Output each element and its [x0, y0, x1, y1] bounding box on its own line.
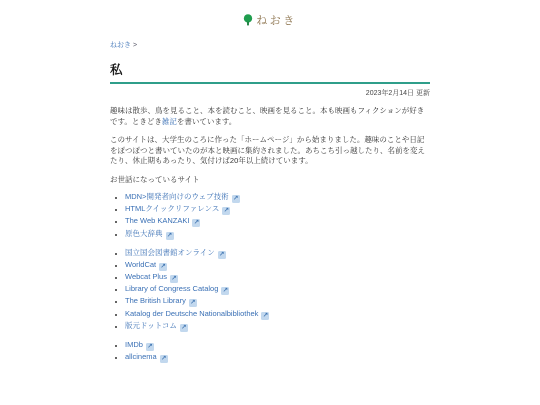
- external-site-link[interactable]: The Web KANZAKI↗: [125, 216, 200, 225]
- link-label: Library of Congress Catalog: [125, 284, 218, 293]
- external-link-icon: ↗: [222, 207, 230, 215]
- link-label: The British Library: [125, 296, 186, 305]
- list-item: IMDb↗: [125, 341, 430, 351]
- list-item: allcinema↗: [125, 353, 430, 363]
- list-item: 原色大辞典↗: [125, 230, 430, 240]
- tree-icon: [243, 14, 253, 26]
- external-site-link[interactable]: Katalog der Deutsche Nationalbibliothek↗: [125, 309, 269, 318]
- history-paragraph: このサイトは、大学生のころに作った「ホームページ」から始まりました。趣味のことや…: [110, 135, 430, 167]
- list-item: Library of Congress Catalog↗: [125, 285, 430, 295]
- external-link-icon: ↗: [180, 324, 188, 332]
- page-title: 私: [110, 60, 430, 84]
- breadcrumb: ねおき>: [110, 40, 430, 50]
- link-label: MDN>開発者向けのウェブ技術: [125, 192, 229, 201]
- external-link-icon: ↗: [159, 263, 167, 271]
- external-link-icon: ↗: [170, 275, 178, 283]
- external-link-icon: ↗: [146, 343, 154, 351]
- list-item: 国立国会図書館オンライン↗: [125, 249, 430, 259]
- link-label: Webcat Plus: [125, 272, 167, 281]
- external-link-icon: ↗: [218, 251, 226, 259]
- external-site-link[interactable]: HTMLクイックリファレンス↗: [125, 204, 230, 213]
- link-label: WorldCat: [125, 260, 156, 269]
- breadcrumb-home-link[interactable]: ねおき: [110, 42, 131, 49]
- link-list-libraries: 国立国会図書館オンライン↗ WorldCat↗ Webcat Plus↗ Lib…: [110, 249, 430, 332]
- list-item: Katalog der Deutsche Nationalbibliothek↗: [125, 310, 430, 320]
- link-label: 原色大辞典: [125, 229, 163, 238]
- external-link-icon: ↗: [192, 219, 200, 227]
- link-label: IMDb: [125, 340, 143, 349]
- intro-text-after: を書いています。: [177, 117, 236, 126]
- external-site-link[interactable]: MDN>開発者向けのウェブ技術↗: [125, 192, 240, 201]
- external-link-icon: ↗: [261, 312, 269, 320]
- zakki-link[interactable]: 雑記: [162, 117, 177, 126]
- list-item: HTMLクイックリファレンス↗: [125, 205, 430, 215]
- external-link-icon: ↗: [166, 232, 174, 240]
- external-site-link[interactable]: 国立国会図書館オンライン↗: [125, 248, 226, 257]
- list-item: 版元ドットコム↗: [125, 322, 430, 332]
- updated-date: 2023年2月14日 更新: [110, 88, 430, 98]
- site-title-link[interactable]: ねおき: [243, 12, 297, 28]
- external-site-link[interactable]: The British Library↗: [125, 296, 197, 305]
- list-item: The Web KANZAKI↗: [125, 217, 430, 227]
- external-site-link[interactable]: Library of Congress Catalog↗: [125, 284, 229, 293]
- link-list-web-reference: MDN>開発者向けのウェブ技術↗ HTMLクイックリファレンス↗ The Web…: [110, 193, 430, 240]
- link-label: Katalog der Deutsche Nationalbibliothek: [125, 309, 258, 318]
- link-label: The Web KANZAKI: [125, 216, 189, 225]
- list-item: MDN>開発者向けのウェブ技術↗: [125, 193, 430, 203]
- list-item: WorldCat↗: [125, 261, 430, 271]
- sites-intro-label: お世話になっているサイト: [110, 175, 430, 186]
- external-link-icon: ↗: [232, 195, 240, 203]
- external-link-icon: ↗: [160, 355, 168, 363]
- intro-paragraph: 趣味は散歩、鳥を見ること、本を読むこと、映画を見ること。本も映画もフィクションが…: [110, 106, 430, 127]
- external-site-link[interactable]: 版元ドットコム↗: [125, 321, 188, 330]
- site-title-text: ねおき: [256, 12, 297, 28]
- link-list-movies: IMDb↗ allcinema↗: [110, 341, 430, 363]
- link-label: 版元ドットコム: [125, 321, 177, 330]
- main-content: ねおき> 私 2023年2月14日 更新 趣味は散歩、鳥を見ること、本を読むこと…: [110, 40, 430, 363]
- external-site-link[interactable]: WorldCat↗: [125, 260, 167, 269]
- breadcrumb-separator: >: [133, 42, 137, 49]
- external-site-link[interactable]: 原色大辞典↗: [125, 229, 174, 238]
- site-header: ねおき: [0, 0, 540, 31]
- external-link-icon: ↗: [189, 299, 197, 307]
- list-item: Webcat Plus↗: [125, 273, 430, 283]
- external-site-link[interactable]: IMDb↗: [125, 340, 154, 349]
- list-item: The British Library↗: [125, 297, 430, 307]
- link-label: 国立国会図書館オンライン: [125, 248, 215, 257]
- external-link-icon: ↗: [221, 287, 229, 295]
- link-label: HTMLクイックリファレンス: [125, 204, 219, 213]
- link-label: allcinema: [125, 352, 157, 361]
- external-site-link[interactable]: Webcat Plus↗: [125, 272, 178, 281]
- intro-text-before: 趣味は散歩、鳥を見ること、本を読むこと、映画を見ること。本も映画もフィクションが…: [110, 106, 424, 126]
- external-site-link[interactable]: allcinema↗: [125, 352, 168, 361]
